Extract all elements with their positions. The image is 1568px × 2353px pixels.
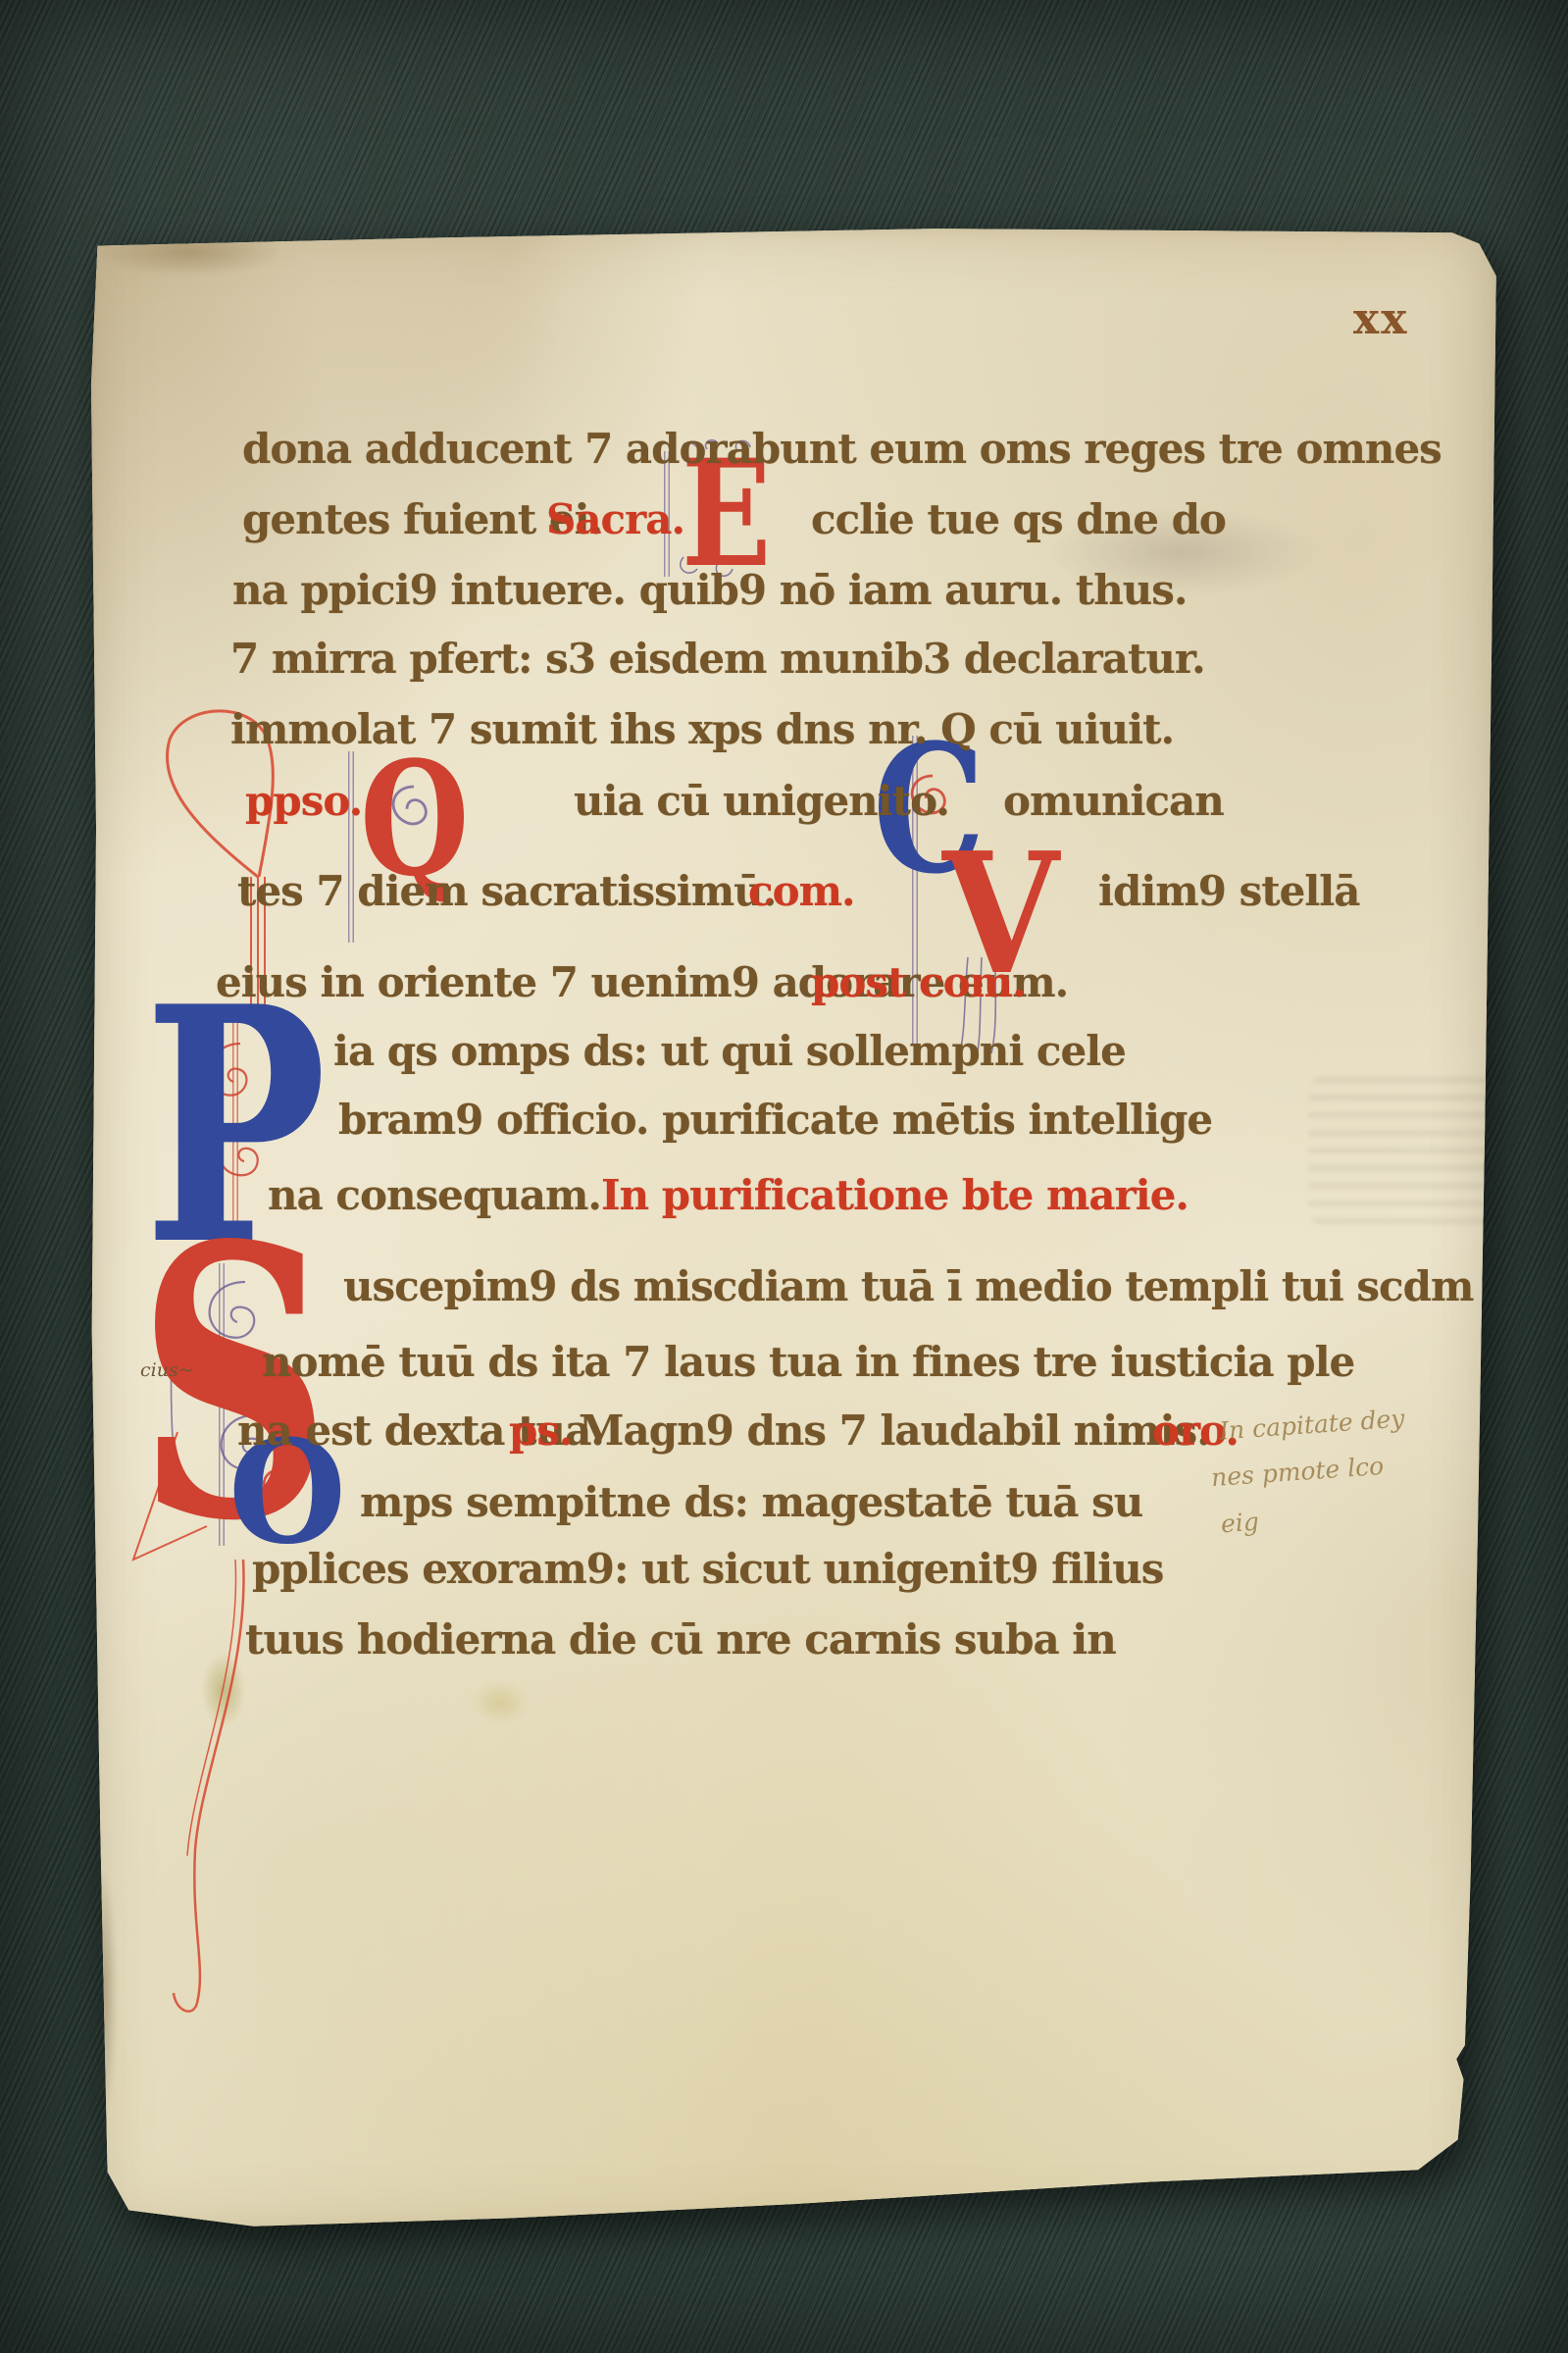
text-line-4: 7 mirra pfert: s3 eisdem munib3 declarat…: [230, 635, 1205, 683]
rubric-secreta: Sacra.: [546, 495, 684, 543]
parchment-leaf-wrapper: xx: [83, 224, 1503, 2236]
initial-e: E: [682, 457, 793, 572]
text-line-16: pplices exoram9: ut sicut unigenit9 fili…: [252, 1545, 1163, 1593]
right-margin-note-line-3: eig: [1220, 1508, 1260, 1539]
photograph-background: xx: [0, 0, 1568, 2353]
corner-dirt: [101, 230, 278, 275]
text-line-1: dona adducent 7 adorabunt eum oms reges …: [242, 425, 1442, 473]
text-line-6b: omunican: [1003, 777, 1224, 825]
text-line-7b: idim9 stellā: [1098, 867, 1359, 915]
text-line-6a: uia cū unigenito.: [574, 777, 949, 825]
text-line-14b: Magn9 dns 7 laudabil nimis.: [579, 1407, 1210, 1455]
right-margin-note-line-1: In capitate dey: [1218, 1404, 1405, 1445]
text-line-9: ia qs omps ds: ut qui sollempni cele: [333, 1027, 1126, 1075]
text-line-11a: na consequam.: [268, 1171, 601, 1219]
edge-dirt: [87, 1871, 117, 2117]
show-through-smudge: [1309, 1077, 1515, 1224]
text-line-7a: tes 7 diem sacratissimū.: [237, 867, 776, 915]
rubric-feast-purification: In purificatione bte marie.: [601, 1171, 1189, 1219]
parchment-leaf: xx: [83, 224, 1503, 2236]
olive-stain: [201, 1651, 246, 1729]
text-line-13: nomē tuū ds ita 7 laus tua in fines tre …: [262, 1338, 1354, 1386]
text-line-5: immolat 7 sumit ihs xps dns nr. Q cū uiu…: [230, 705, 1174, 753]
initial-q: Q: [360, 758, 496, 881]
rubric-prefatio: ppso.: [245, 777, 362, 825]
text-line-10: bram9 officio. purificate mētis intellig…: [338, 1096, 1212, 1144]
yellow-stain: [471, 1680, 530, 1725]
text-line-12: uscepim9 ds miscdiam tuā ī medio templi …: [343, 1262, 1473, 1310]
rubric-communio: com.: [748, 867, 855, 915]
left-margin-gloss: cius~: [140, 1359, 194, 1381]
text-line-2b: cclie tue qs dne do: [811, 495, 1226, 543]
psalm-verse-mark: ps.: [509, 1407, 573, 1455]
folio-number: xx: [1353, 294, 1408, 344]
text-line-3: na ppici9 intuere. quib9 nō iam auru. th…: [232, 566, 1188, 614]
rubric-post-communio: post com.: [811, 958, 1026, 1006]
text-line-15: mps sempitne ds: magestatē tuā su: [360, 1478, 1142, 1526]
right-margin-note-line-2: nes pmote lco: [1210, 1452, 1385, 1492]
text-line-17: tuus hodierna die cū nre carnis suba in: [245, 1615, 1116, 1663]
